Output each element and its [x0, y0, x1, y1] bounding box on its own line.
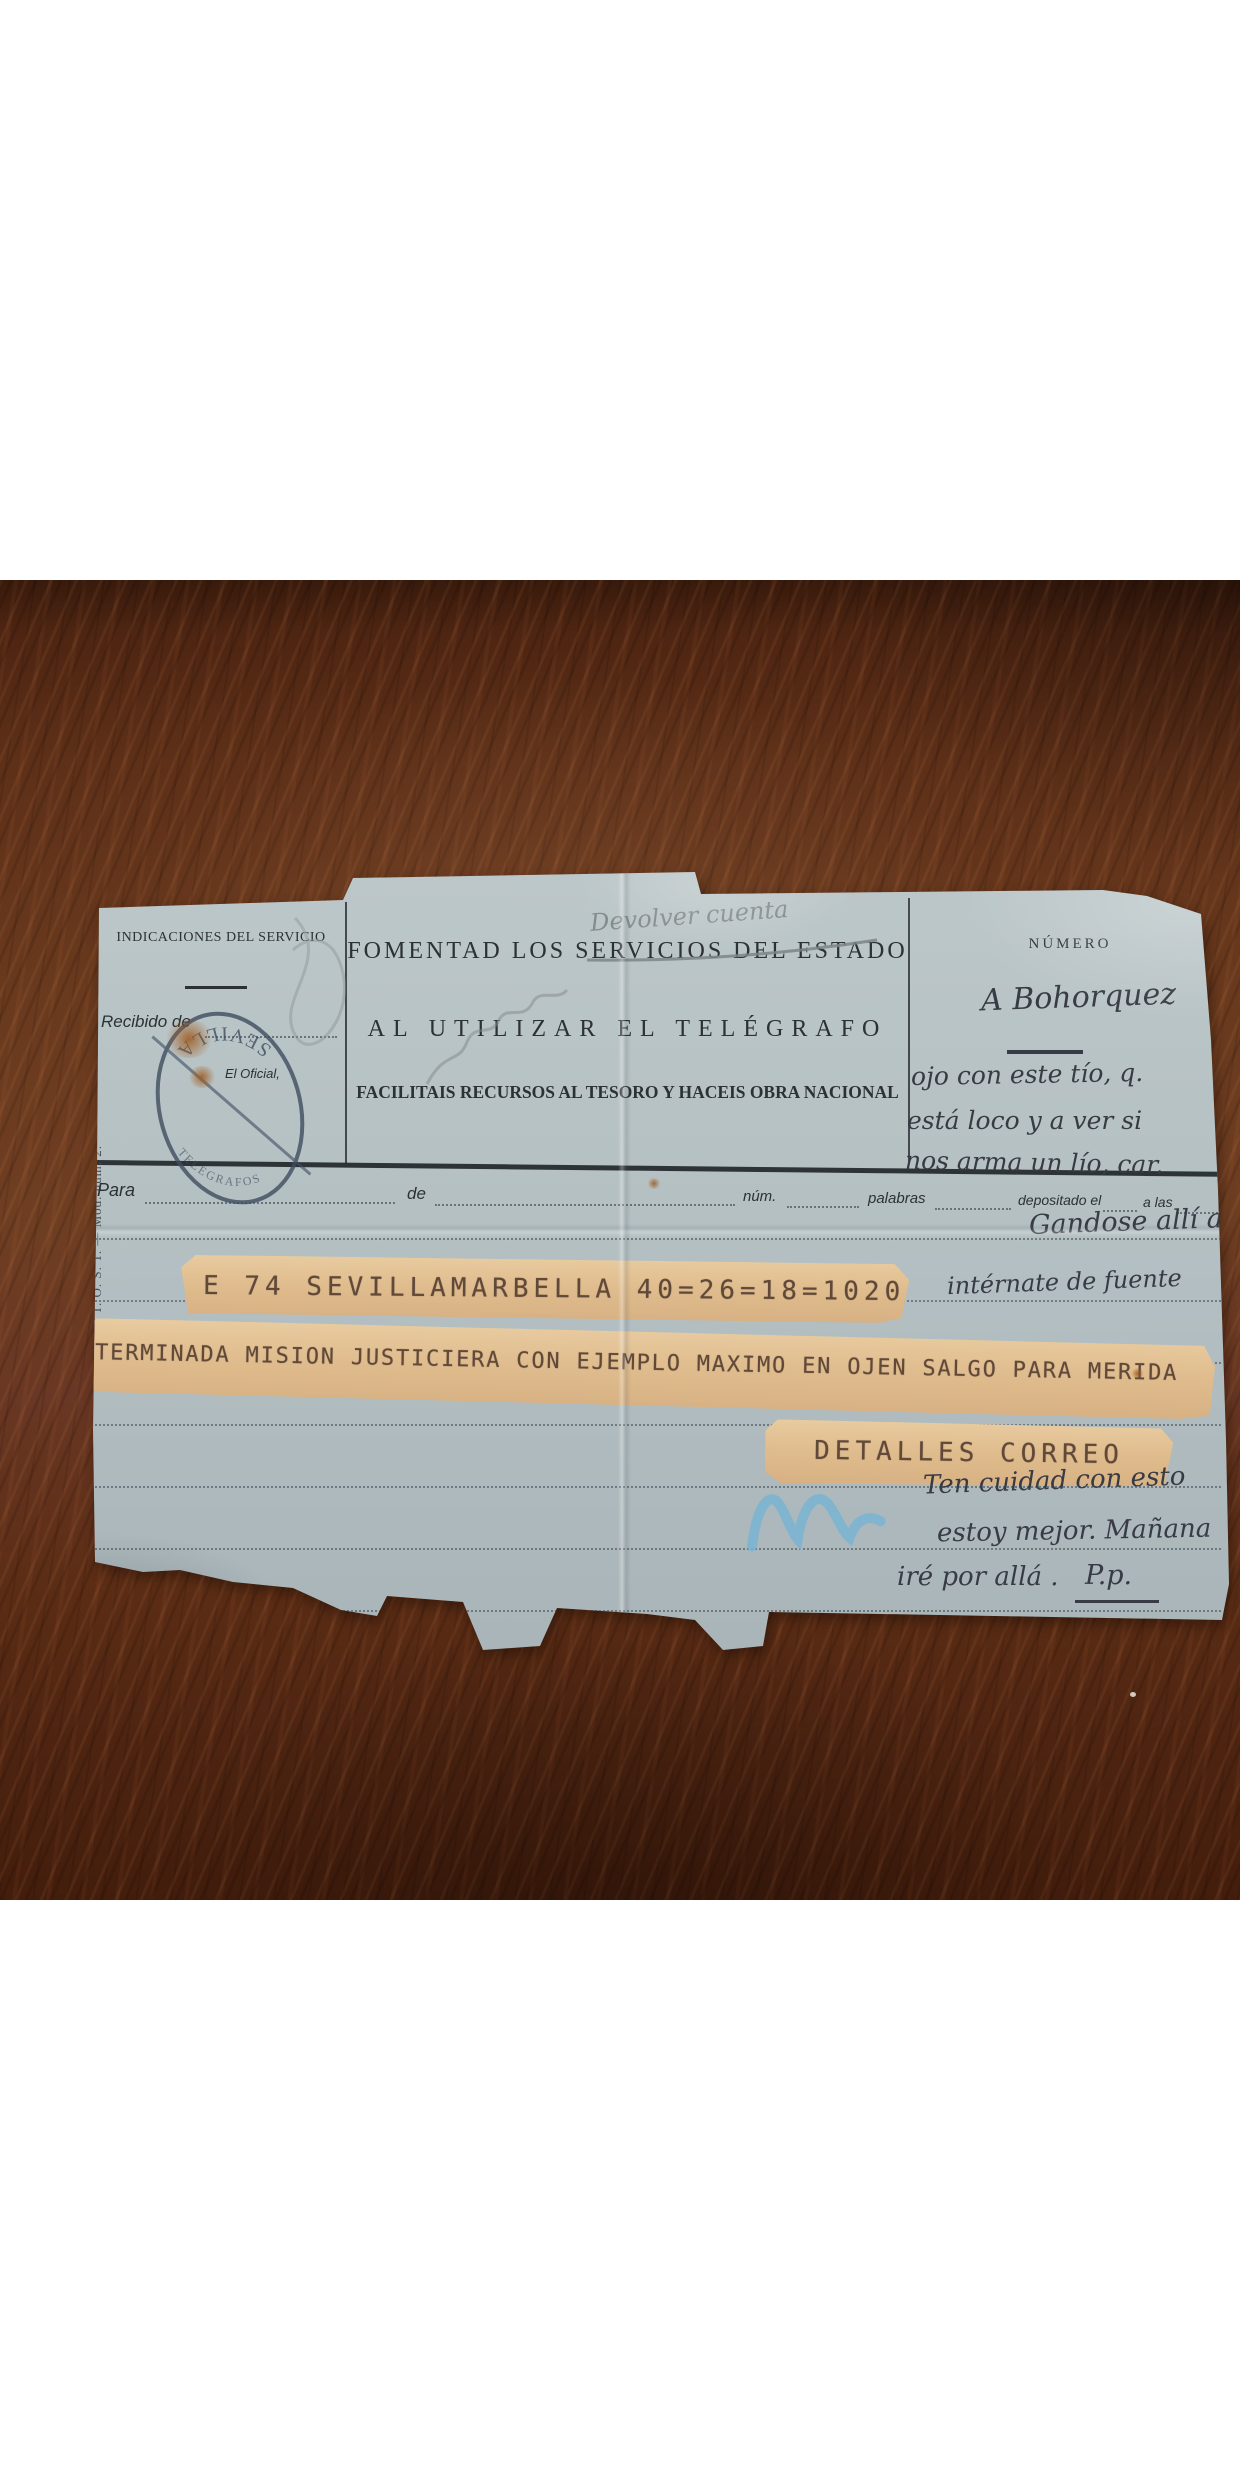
addressee-underline [1007, 1050, 1083, 1054]
field-label-de: de [407, 1184, 426, 1204]
handwritten-deposit-2: intérnate de fuente [947, 1264, 1183, 1300]
pencil-scribble-word [415, 980, 625, 1100]
rust-dot-2 [1131, 1368, 1144, 1379]
handwritten-note-1: ojo con este tío, q. [911, 1058, 1144, 1091]
field-label-num: núm. [743, 1188, 776, 1205]
form-model-note: T. O. S. T. — Mod. núm. 2. [89, 1145, 105, 1314]
number-label: NÚMERO [985, 936, 1155, 953]
message-line [91, 1548, 1221, 1550]
tape-text-2: TERMINADA MISION JUSTICIERA CON EJEMPLO … [95, 1340, 1179, 1386]
telegram-paper: INDICACIONES DEL SERVICIO Recibido de El… [85, 870, 1233, 1670]
handwritten-deposit-1: Gandose allí a la [1029, 1202, 1240, 1241]
pencil-scribble-loop [175, 910, 365, 1080]
telegraph-tape-2: TERMINADA MISION JUSTICIERA CON EJEMPLO … [84, 1318, 1215, 1420]
handwritten-note-3: nos arma un lío, car. [905, 1146, 1164, 1180]
telegram-form: INDICACIONES DEL SERVICIO Recibido de El… [85, 870, 1233, 1670]
num-line [787, 1206, 859, 1208]
palabras-line [935, 1208, 1011, 1210]
handwritten-signature: P.p. [1085, 1560, 1132, 1591]
stamp-service-text: TELEGRAFOS [173, 1128, 263, 1206]
signature-underline [1075, 1600, 1159, 1603]
svg-text:TELEGRAFOS: TELEGRAFOS [173, 1128, 263, 1206]
field-label-depositado: depositado el [1018, 1192, 1101, 1208]
dust-speck [1130, 1692, 1136, 1697]
handwritten-closing-2: estoy mejor. Mañana [937, 1514, 1212, 1549]
pencil-underline-swoosh [585, 936, 885, 966]
handwritten-addressee: A Bohorquez [980, 977, 1176, 1019]
message-line [91, 1610, 1221, 1612]
telegraph-tape-1: E 74 SEVILLAMARBELLA 40=26=18=1020 [181, 1255, 910, 1323]
rust-dot [647, 1178, 661, 1189]
message-line [91, 1424, 1221, 1426]
handwritten-note-2: está loco y a ver si [907, 1106, 1142, 1135]
tape-text-1: E 74 SEVILLAMARBELLA 40=26=18=1020 [203, 1271, 905, 1307]
wood-table-surface: INDICACIONES DEL SERVICIO Recibido de El… [0, 580, 1240, 1900]
de-line [435, 1204, 735, 1206]
handwritten-closing-3: iré por allá . [897, 1562, 1059, 1592]
photo-of-telegram: INDICACIONES DEL SERVICIO Recibido de El… [0, 0, 1240, 2479]
field-label-palabras: palabras [868, 1190, 926, 1207]
